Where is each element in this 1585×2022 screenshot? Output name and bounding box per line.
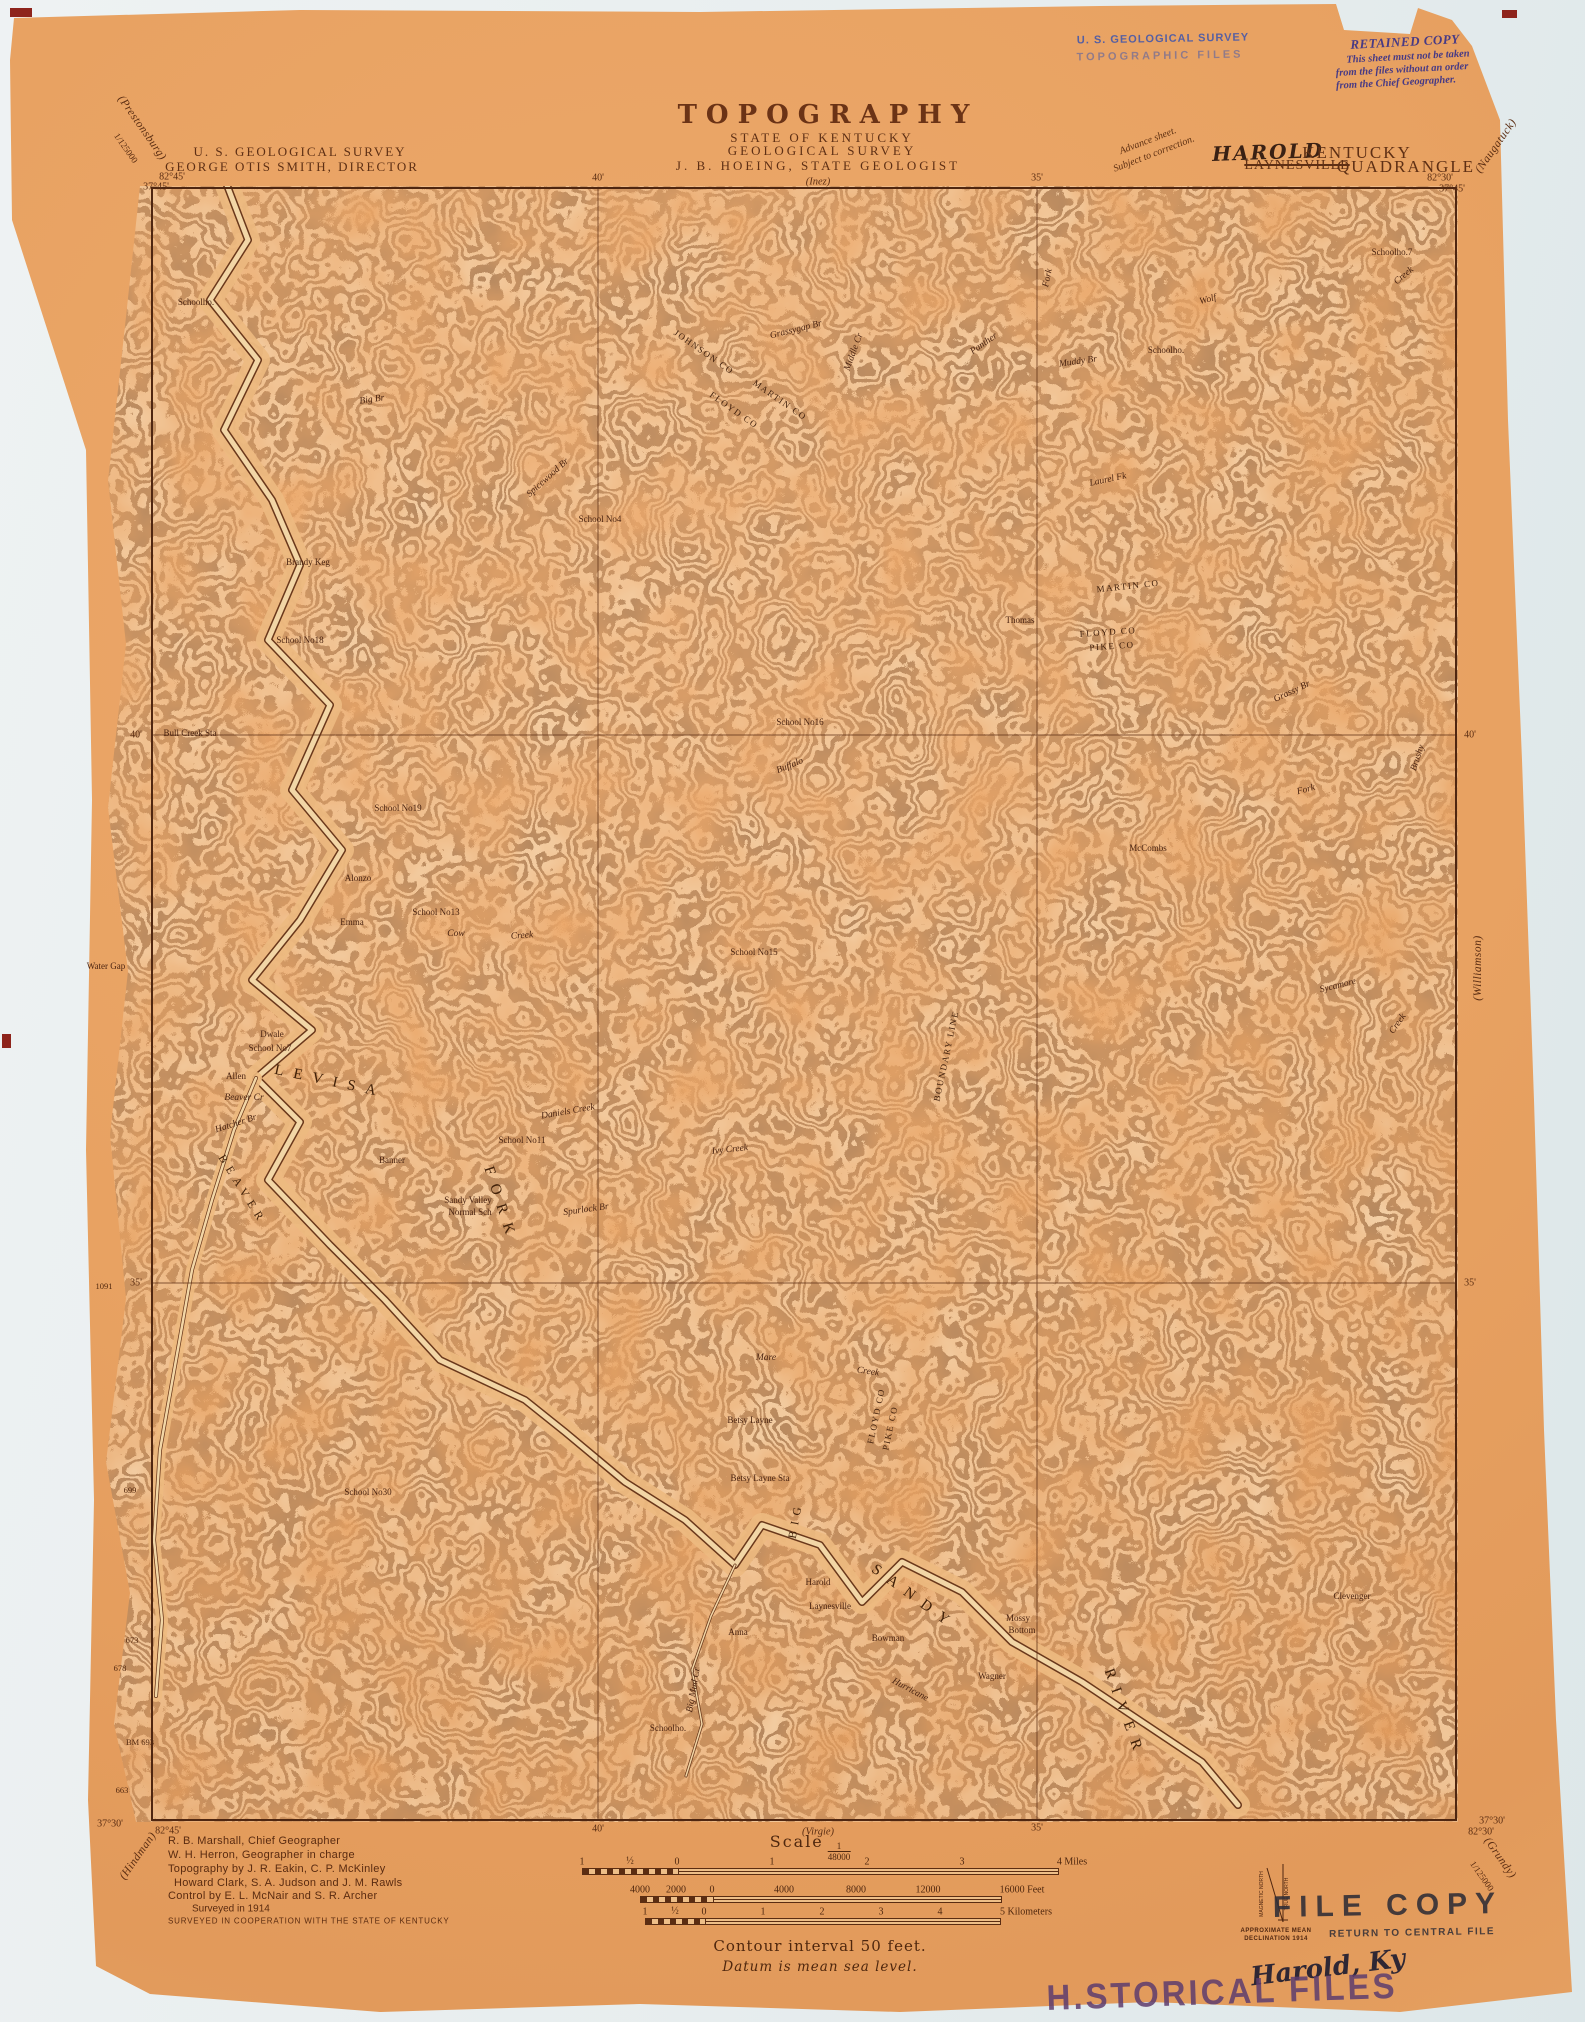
scanned-map-sheet: Schoolho.7CreekWolfPantherMuddy BrForkSc… xyxy=(0,0,1585,2022)
declination-caption-line1: APPROXIMATE MEAN xyxy=(1241,1928,1312,1934)
contour-interval-note: Contour interval 50 feet. xyxy=(713,1937,926,1955)
feet-tick: 8000 xyxy=(846,1885,866,1896)
km-tick: 3 xyxy=(879,1907,884,1918)
feet-tick: 12000 xyxy=(916,1885,941,1896)
miles-tick: 1 xyxy=(770,1857,775,1868)
scalebar-labels-layer: 1½01234 Miles400020000400080001200016000… xyxy=(0,0,1585,2022)
km-tick: ½ xyxy=(671,1906,679,1917)
declination-caption-line2: DECLINATION 1914 xyxy=(1244,1936,1308,1942)
miles-tick: 1 xyxy=(580,1857,585,1868)
feet-tick: 4000 xyxy=(774,1885,794,1896)
miles-unit: 4 Miles xyxy=(1057,1857,1087,1868)
feet-unit: 16000 Feet xyxy=(1000,1885,1045,1896)
km-unit: 5 Kilometers xyxy=(1000,1907,1052,1918)
miles-tick: ½ xyxy=(626,1856,634,1867)
miles-tick: 2 xyxy=(865,1857,870,1868)
km-tick: 2 xyxy=(820,1907,825,1918)
miles-tick: 0 xyxy=(675,1857,680,1868)
miles-tick: 3 xyxy=(960,1857,965,1868)
file-copy-stamp: FILE COPY xyxy=(1273,1887,1504,1925)
km-tick: 1 xyxy=(761,1907,766,1918)
feet-tick: 4000 xyxy=(630,1885,650,1896)
km-tick: 0 xyxy=(702,1907,707,1918)
feet-tick: 0 xyxy=(710,1885,715,1896)
magnetic-north-label: MAGNETIC NORTH xyxy=(1259,1871,1265,1917)
feet-tick: 2000 xyxy=(666,1885,686,1896)
km-tick: 4 xyxy=(938,1907,943,1918)
datum-note: Datum is mean sea level. xyxy=(722,1959,917,1975)
km-tick: 1 xyxy=(643,1907,648,1918)
